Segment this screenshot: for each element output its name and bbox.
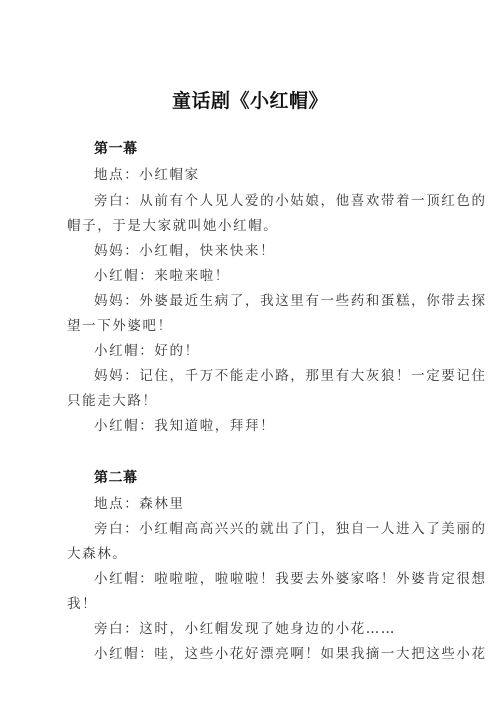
act-1-line: 地点：小红帽家 <box>94 163 474 183</box>
act-2-line: 旁白：小红帽高高兴兴的就出了门，独自一人进入了美丽的 <box>94 517 474 537</box>
act-2-line: 旁白：这时，小红帽发现了她身边的小花…… <box>94 617 474 637</box>
act-2-line: 大森林。 <box>67 542 447 562</box>
act-2-line: 我！ <box>67 592 447 612</box>
document-page: 童话剧《小红帽》 第一幕 地点：小红帽家 旁白：从前有个人见人爱的小姑娘，他喜欢… <box>0 0 500 707</box>
act-1-line: 妈妈：小红帽，快来快来！ <box>94 239 474 259</box>
act-1-line: 旁白：从前有个人见人爱的小姑娘，他喜欢带着一顶红色的 <box>94 189 474 209</box>
act-2-line: 小红帽：啦啦啦，啦啦啦！我要去外婆家咯！外婆肯定很想 <box>94 567 474 587</box>
document-title: 童话剧《小红帽》 <box>0 86 500 113</box>
act-2-line: 小红帽：哇，这些小花好漂亮啊！如果我摘一大把这些小花 <box>94 642 474 662</box>
act-1-line: 帽子，于是大家就叫她小红帽。 <box>67 214 447 234</box>
act-2-line: 地点：森林里 <box>94 492 474 512</box>
act-2-heading: 第二幕 <box>94 467 474 487</box>
act-1-line: 妈妈：外婆最近生病了，我这里有一些药和蛋糕，你带去探 <box>94 289 474 309</box>
act-1-line: 小红帽：我知道啦，拜拜！ <box>94 414 474 434</box>
act-1-heading: 第一幕 <box>94 138 474 158</box>
act-1-line: 小红帽：来啦来啦！ <box>94 264 474 284</box>
act-1-line: 望一下外婆吧！ <box>67 314 447 334</box>
act-1-line: 小红帽：好的！ <box>94 339 474 359</box>
act-1-line: 只能走大路！ <box>67 389 447 409</box>
act-1-line: 妈妈：记住，千万不能走小路，那里有大灰狼！一定要记住 <box>94 364 474 384</box>
